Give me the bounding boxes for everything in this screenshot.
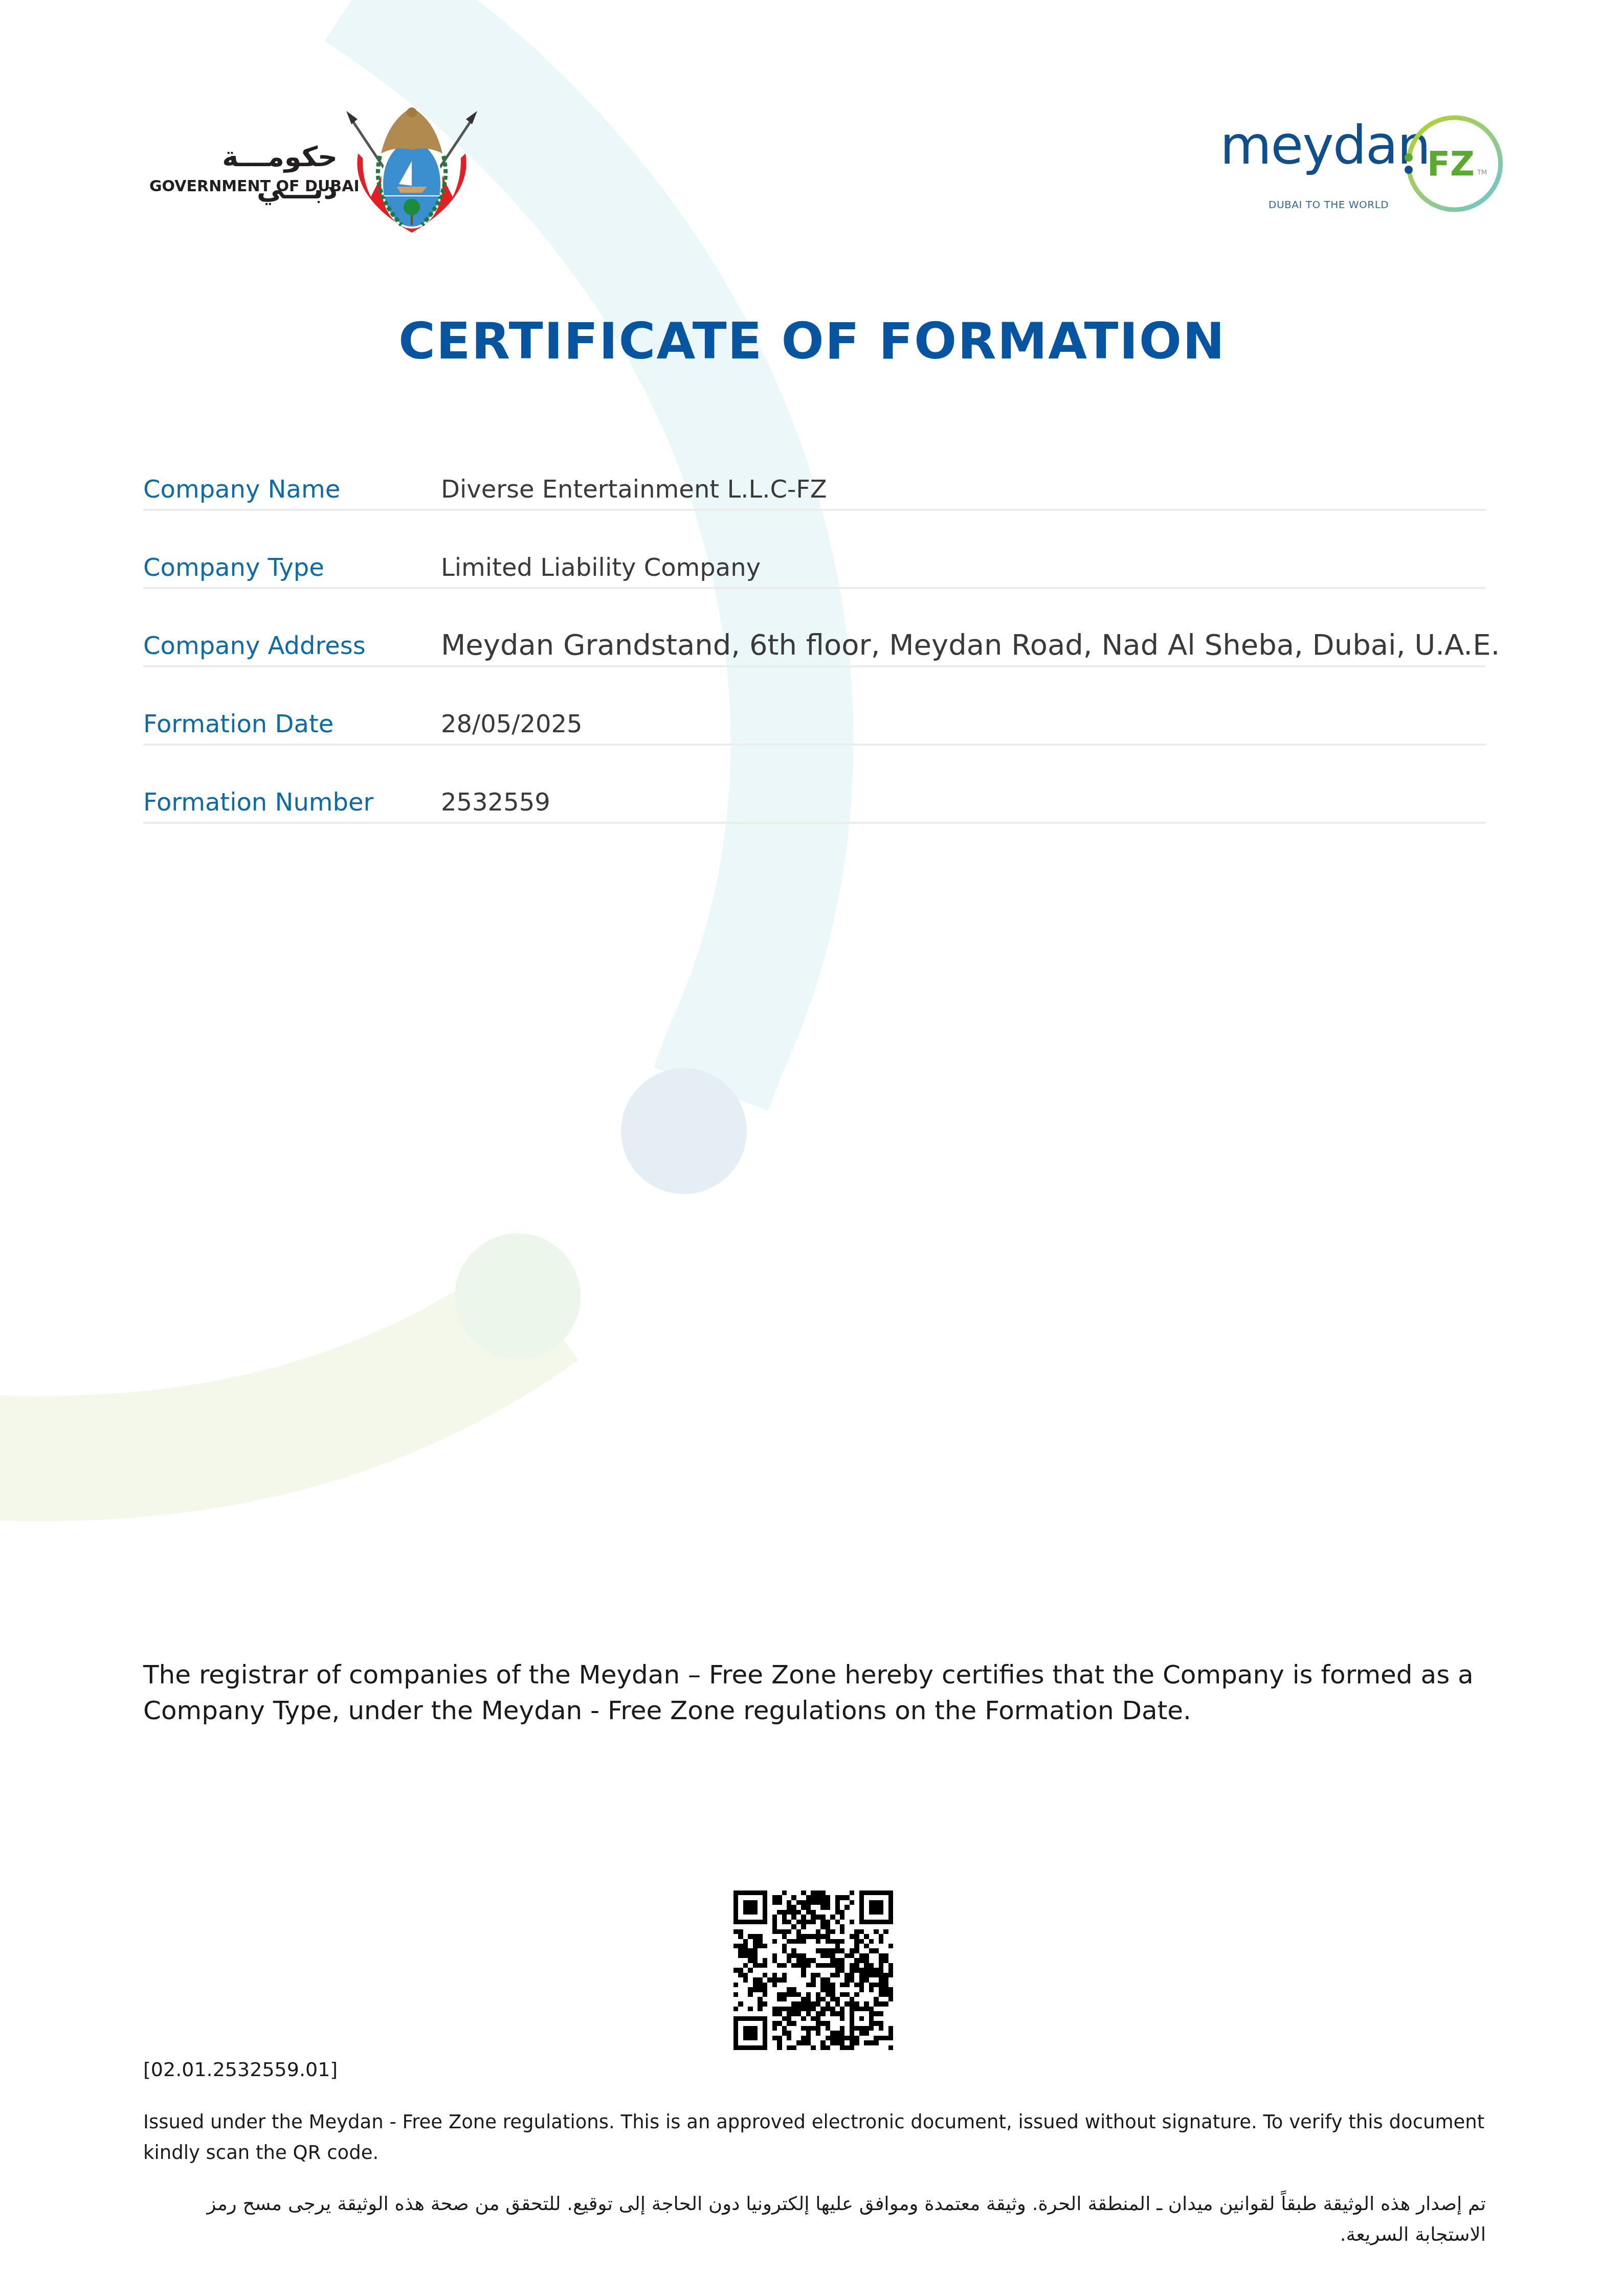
disclaimer-arabic: تم إصدار هذه الوثيقة طبقاً لقوانين ميدان… bbox=[143, 2189, 1486, 2250]
divider bbox=[143, 587, 1486, 589]
field-value: Diverse Entertainment L.L.C-FZ bbox=[441, 475, 827, 504]
government-of-dubai-logo: حكومـــة دبـــي GOVERNMENT OF DUBAI bbox=[148, 100, 486, 238]
certificate-fields: Company Name Diverse Entertainment L.L.C… bbox=[143, 468, 1486, 859]
field-value: Limited Liability Company bbox=[441, 553, 761, 582]
gov-english-text: GOVERNMENT OF DUBAI bbox=[149, 177, 360, 195]
dubai-emblem-icon bbox=[340, 100, 483, 238]
qr-code-icon[interactable] bbox=[733, 1890, 893, 2050]
gov-arabic-text: حكومـــة دبـــي bbox=[148, 141, 338, 205]
divider bbox=[143, 822, 1486, 824]
field-formation-number: Formation Number 2532559 bbox=[143, 781, 1486, 859]
field-label: Company Address bbox=[143, 632, 366, 660]
trademark-symbol: TM bbox=[1477, 169, 1487, 176]
field-value: 2532559 bbox=[441, 788, 550, 817]
field-formation-date: Formation Date 28/05/2025 bbox=[143, 703, 1486, 781]
field-company-type: Company Type Limited Liability Company bbox=[143, 546, 1486, 624]
field-company-name: Company Name Diverse Entertainment L.L.C… bbox=[143, 468, 1486, 546]
divider bbox=[143, 744, 1486, 746]
certification-statement: The registrar of companies of the Meydan… bbox=[143, 1657, 1494, 1728]
field-value: 28/05/2025 bbox=[441, 710, 583, 738]
meydan-fz-logo: meydan DUBAI TO THE WORLD FZ TM bbox=[1220, 112, 1496, 215]
field-value: Meydan Grandstand, 6th floor, Meydan Roa… bbox=[441, 628, 1500, 662]
field-label: Formation Date bbox=[143, 710, 333, 738]
field-label: Company Name bbox=[143, 475, 340, 504]
fz-badge-text: FZ bbox=[1427, 147, 1475, 181]
field-label: Formation Number bbox=[143, 788, 373, 817]
divider bbox=[143, 509, 1486, 511]
document-reference: [02.01.2532559.01] bbox=[143, 2058, 338, 2081]
meydan-wordmark: meydan bbox=[1220, 119, 1430, 172]
disclaimer-english: Issued under the Meydan - Free Zone regu… bbox=[143, 2107, 1494, 2168]
divider bbox=[143, 665, 1486, 667]
field-company-address: Company Address Meydan Grandstand, 6th f… bbox=[143, 624, 1486, 703]
meydan-tagline: DUBAI TO THE WORLD bbox=[1269, 198, 1389, 211]
page-title: CERTIFICATE OF FORMATION bbox=[0, 312, 1624, 372]
field-label: Company Type bbox=[143, 553, 324, 582]
